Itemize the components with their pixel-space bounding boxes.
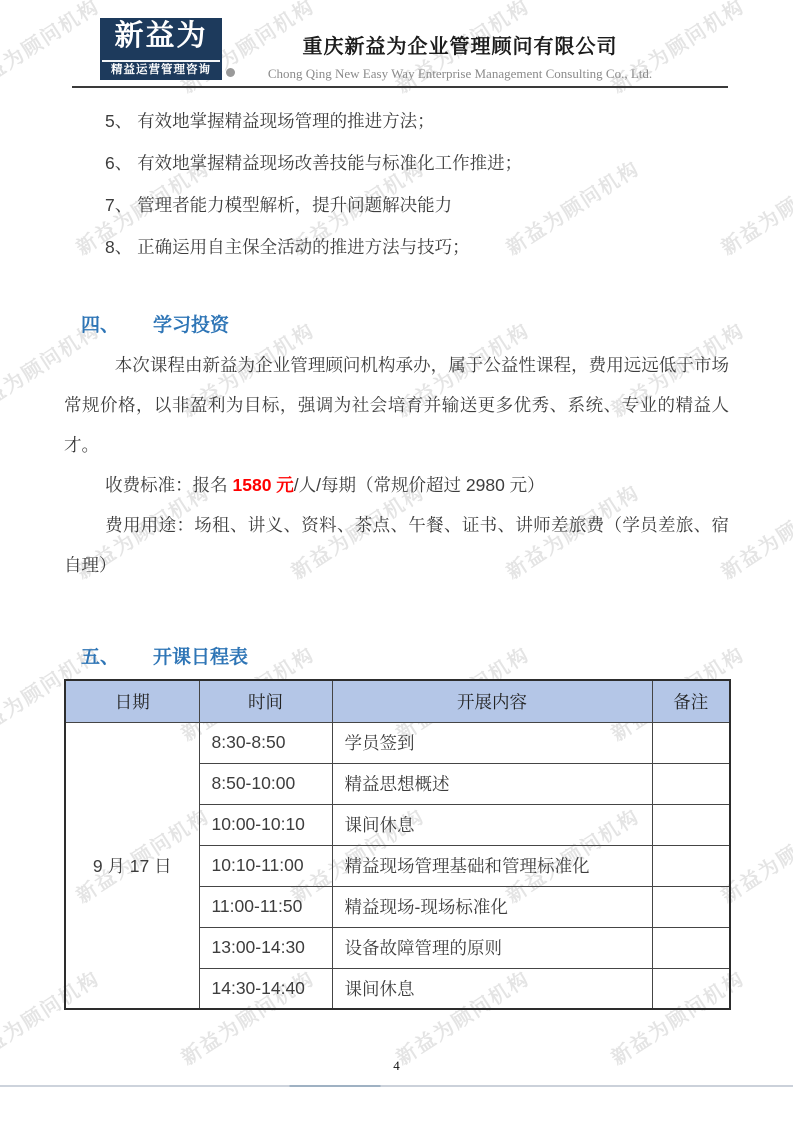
section-heading-investment: 四、学习投资 <box>81 314 729 338</box>
fee-suffix: /人/每期（常规价超过 2980 元） <box>294 475 545 495</box>
company-name-block: 重庆新益为企业管理顾问有限公司 Chong Qing New Easy Way … <box>192 30 728 82</box>
footer-rule <box>0 1085 793 1087</box>
list-item: 6、 有效地掌握精益现场改善技能与标准化工作推进； <box>105 153 729 174</box>
content-cell: 课间休息 <box>332 804 652 845</box>
document-header: 新益为 精益运营管理咨询 重庆新益为企业管理顾问有限公司 Chong Qing … <box>72 0 728 88</box>
note-cell <box>652 886 730 927</box>
document-page: 新益为顾问机构新益为顾问机构新益为顾问机构新益为顾问机构新益为顾问机构新益为顾问… <box>0 0 793 1122</box>
note-cell <box>652 927 730 968</box>
column-header-content: 开展内容 <box>332 680 652 722</box>
note-cell <box>652 804 730 845</box>
time-cell: 14:30-14:40 <box>199 968 332 1009</box>
schedule-table: 日期 时间 开展内容 备注 9 月 17 日 8:30-8:50 学员签到 8:… <box>64 679 731 1010</box>
date-cell: 9 月 17 日 <box>65 722 199 1009</box>
table-row: 9 月 17 日 8:30-8:50 学员签到 <box>65 722 730 763</box>
table-header-row: 日期 时间 开展内容 备注 <box>65 680 730 722</box>
content-cell: 课间休息 <box>332 968 652 1009</box>
time-cell: 8:50-10:00 <box>199 763 332 804</box>
column-header-note: 备注 <box>652 680 730 722</box>
section-heading-schedule: 五、开课日程表 <box>81 646 729 670</box>
note-cell <box>652 722 730 763</box>
note-cell <box>652 968 730 1009</box>
content-cell: 精益现场管理基础和管理标准化 <box>332 845 652 886</box>
fee-usage-line: 费用用途：场租、讲义、资料、茶点、午餐、证书、讲师差旅费（学员差旅、宿自理） <box>64 505 729 585</box>
time-cell: 10:00-10:10 <box>199 804 332 845</box>
column-header-date: 日期 <box>65 680 199 722</box>
time-cell: 8:30-8:50 <box>199 722 332 763</box>
list-item: 7、 管理者能力模型解析，提升问题解决能力 <box>105 195 729 216</box>
list-item: 5、 有效地掌握精益现场管理的推进方法； <box>105 111 729 132</box>
time-cell: 11:00-11:50 <box>199 886 332 927</box>
section-title: 开课日程表 <box>153 647 248 668</box>
fee-price: 1580 元 <box>233 475 294 495</box>
document-body: 5、 有效地掌握精益现场管理的推进方法； 6、 有效地掌握精益现场改善技能与标准… <box>64 111 729 1010</box>
column-header-time: 时间 <box>199 680 332 722</box>
content-cell: 精益现场-现场标准化 <box>332 886 652 927</box>
time-cell: 10:10-11:00 <box>199 845 332 886</box>
content-cell: 精益思想概述 <box>332 763 652 804</box>
objectives-list: 5、 有效地掌握精益现场管理的推进方法； 6、 有效地掌握精益现场改善技能与标准… <box>64 111 729 258</box>
section-number: 五、 <box>81 646 153 670</box>
company-name-cn: 重庆新益为企业管理顾问有限公司 <box>192 30 728 59</box>
time-cell: 13:00-14:30 <box>199 927 332 968</box>
content-cell: 设备故障管理的原则 <box>332 927 652 968</box>
note-cell <box>652 763 730 804</box>
page-number: 4 <box>0 1058 793 1074</box>
fee-prefix: 收费标准：报名 <box>105 475 232 495</box>
company-name-en: Chong Qing New Easy Way Enterprise Manag… <box>192 66 728 82</box>
list-item: 8、 正确运用自主保全活动的推进方法与技巧； <box>105 237 729 258</box>
content-cell: 学员签到 <box>332 722 652 763</box>
investment-paragraph: 本次课程由新益为企业管理顾问机构承办，属于公益性课程，费用远远低于市场常规价格，… <box>64 345 729 465</box>
section-number: 四、 <box>81 314 153 338</box>
note-cell <box>652 845 730 886</box>
fee-line: 收费标准：报名 1580 元/人/每期（常规价超过 2980 元） <box>64 465 729 505</box>
section-title: 学习投资 <box>153 315 229 336</box>
